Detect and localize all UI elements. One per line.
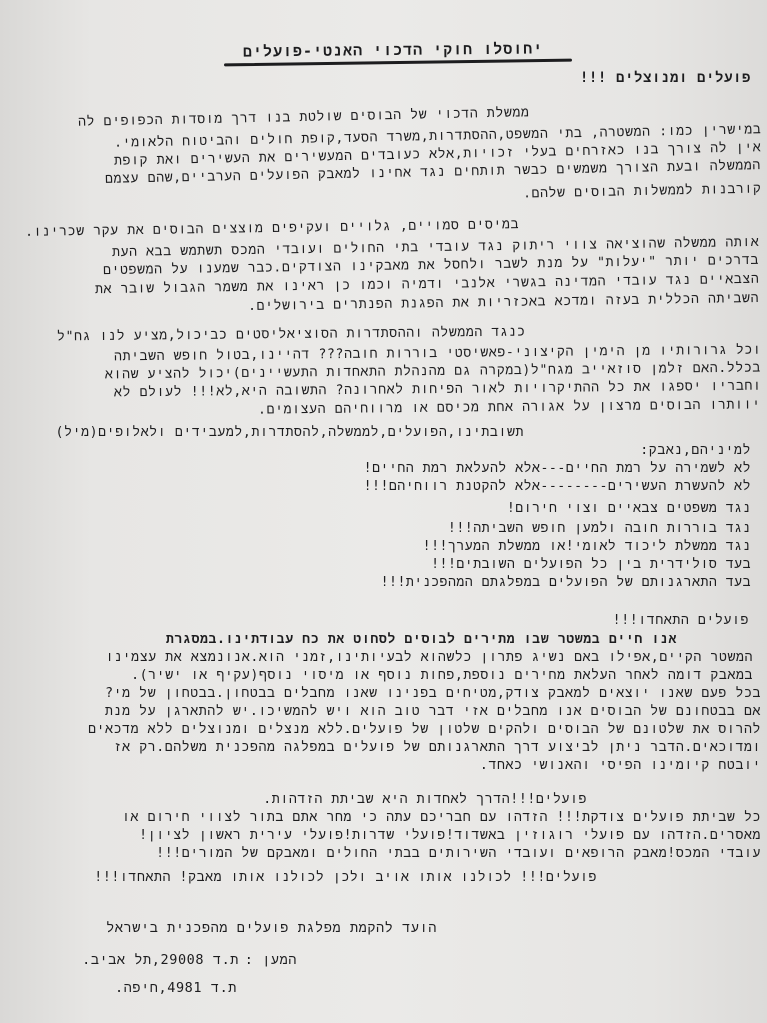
address-haifa: ת.ד 4981,חיפה.: [115, 980, 237, 997]
p2-line-1: במיסים סמויים, גלויים ועקיפים מוצצים הבו…: [25, 216, 519, 241]
slogan-5: נגד ממשלת ליכוד לאומי!או ממשלת המערך!!!: [423, 538, 751, 555]
slogan-6: בעד סולידרית בין כל הפועלים השובתים!!!: [431, 556, 751, 573]
leaflet-page: יחוסלו חוקי הדכוי האנטי-פועלים פועלים ומ…: [0, 0, 767, 1023]
p4-line-3: במאבק דומה לאחר העלאת מחירים נוספת,פחות …: [131, 667, 753, 684]
p4-line-5: אם בבטחונם של הבוסים אנו מחבלים אזי דבר …: [105, 703, 761, 720]
address-label: המען :: [245, 952, 297, 969]
title-block: יחוסלו חוקי הדכוי האנטי-פועלים: [228, 40, 558, 60]
answer-heading: תשובתינו,הפועלים,לממשלה,להסתדרות,למעבידי…: [56, 424, 524, 441]
p5-line-3: מאסרים.הזדהו עם פועלי רוגוזין באשדוד!פוע…: [139, 827, 761, 844]
greeting: פועלים ומנוצלים !!!: [580, 70, 751, 87]
p5-line-4: עובדי המכס!מאבק הרופאים ועובדי השירותים …: [156, 845, 761, 862]
p4-line-6: להרוס את שלטונם של הבוסים ולהקים שלטון ש…: [88, 721, 761, 738]
p3-line-1: כנגד הממשלה וההסתדרות הסוציאליסטים כביכו…: [56, 324, 525, 346]
p4-line-4: בכל פעם שאנו יוצאים למאבק צודק,מטיחים בפ…: [105, 685, 761, 702]
unite-call: פועלים התאחדו!!!: [613, 612, 749, 629]
slogan-2: לא להעשרת העשירים--------אלא להקטנת רווח…: [364, 478, 751, 495]
p5-line-1: פועלים!!!הדרך לאחדות היא שביתת הזדהות.: [263, 791, 587, 808]
answer-intro: למיניהם,נאבק:: [640, 442, 751, 459]
slogan-3: נגד משפטים צבאיים וצוי חירום!: [507, 500, 751, 517]
p4-line-1: אנו חיים במשטר שבו מתירים לבוסים לסחוט א…: [166, 631, 677, 648]
slogan-4: נגד בוררות חובה ולמען חופש השביתה!!!: [448, 520, 751, 537]
p4-line-7: ומדוכאים.הדבר ניתן לביצוע דרך התארגנותם …: [114, 739, 761, 756]
p3-line-5: יוותרו הבוסים מרצון על אגורה אחת מכיסם א…: [258, 396, 761, 418]
p4-line-2: המשטר הקיים,אפילו באם נשיג פתרון כלשהוא …: [106, 649, 753, 666]
slogan-1: לא לשמירה על רמת החיים---אלא להעלאת רמת …: [364, 460, 751, 477]
slogan-7: בעד התארגנותם של הפועלים במפלגתם המהפכני…: [381, 574, 751, 591]
signature-committee: הועד להקמת מפלגת פועלים מהפכנית בישראל: [106, 920, 437, 937]
p1-line-5: קורבנות לממשלות הבוסים שלהם.: [522, 181, 761, 203]
closing-slogan: פועלים!!! לכולנו אותו אויב ולכן לכולנו א…: [94, 869, 597, 886]
p4-line-8: יובטח קיומינו הפיסי והאנושי כאחד.: [480, 757, 761, 774]
document-title: יחוסלו חוקי הדכוי האנטי-פועלים: [243, 39, 543, 61]
address-tel-aviv: ת.ד 29008,תל אביב.: [82, 952, 239, 969]
p5-line-2: כל שביתת פועלים צודקת!!! הזדהו עם חבריכם…: [122, 809, 761, 826]
